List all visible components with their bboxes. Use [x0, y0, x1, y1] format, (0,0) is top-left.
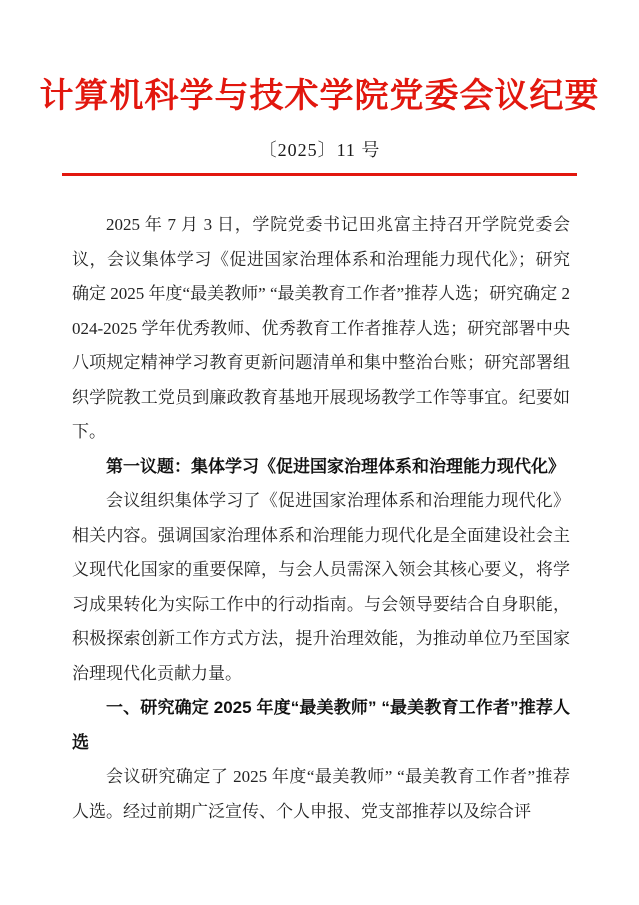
document-number: 〔2025〕11 号 — [0, 137, 639, 163]
document-page: 计算机科学与技术学院党委会议纪要 〔2025〕11 号 2025 年 7 月 3… — [0, 0, 639, 905]
heading-first-topic: 第一议题：集体学习《促进国家治理体系和治理能力现代化》 — [72, 450, 570, 485]
title-divider-rule — [62, 173, 577, 176]
heading-item-one: 一、研究确定 2025 年度“最美教师” “最美教育工作者”推荐人选 — [72, 691, 570, 760]
paragraph-item-one-content: 会议研究确定了 2025 年度“最美教师” “最美教育工作者”推荐人选。经过前期… — [72, 760, 570, 829]
document-body: 2025 年 7 月 3 日，学院党委书记田兆富主持召开学院党委会议，会议集体学… — [72, 208, 570, 829]
paragraph-meeting-intro: 2025 年 7 月 3 日，学院党委书记田兆富主持召开学院党委会议，会议集体学… — [72, 208, 570, 450]
paragraph-first-topic-content: 会议组织集体学习了《促进国家治理体系和治理能力现代化》相关内容。强调国家治理体系… — [72, 484, 570, 691]
document-title: 计算机科学与技术学院党委会议纪要 — [0, 72, 639, 121]
